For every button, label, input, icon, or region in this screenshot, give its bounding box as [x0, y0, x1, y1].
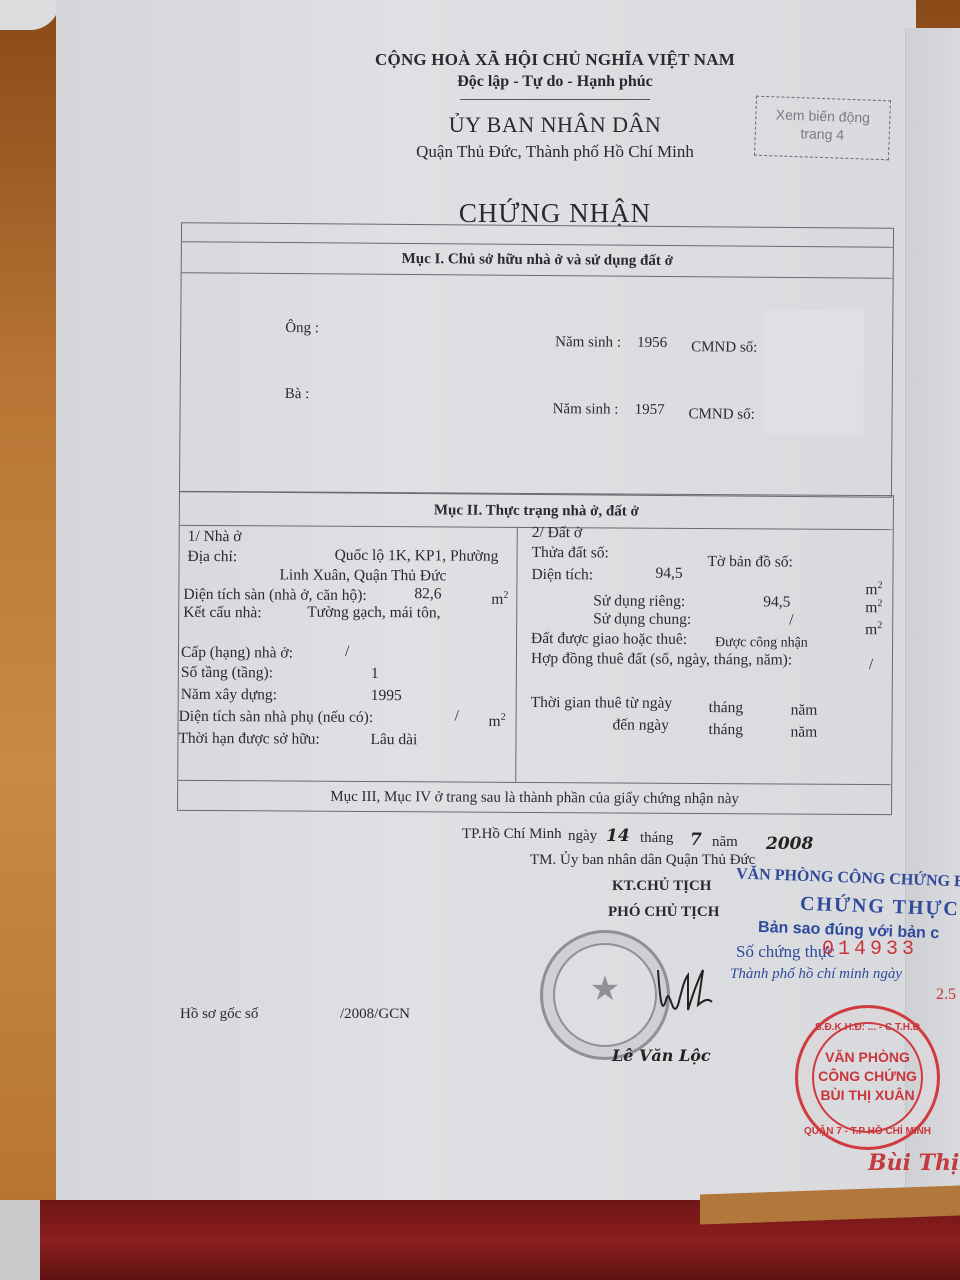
on-behalf: TM. Ủy ban nhân dân Quận Thủ Đức [530, 852, 755, 869]
background-object [0, 0, 60, 30]
role-vice-chair: PHÓ CHỦ TỊCH [608, 904, 719, 921]
structure-value: Tường gạch, mái tôn, [307, 604, 440, 623]
floors-value: 1 [371, 665, 379, 683]
day-label: ngày [568, 828, 597, 845]
notary-signer: Bùi Thị [868, 1150, 959, 1176]
land-area-label: Diện tích: [531, 566, 593, 584]
section-property: Mục II. Thực trạng nhà ở, đất ở 1/ Nhà ở… [177, 491, 894, 815]
notary-number-value: 014933 [822, 938, 918, 961]
ownership-term-value: Lâu dài [370, 731, 417, 749]
authority-heading: ỦY BAN NHÂN DÂN [340, 112, 770, 138]
owner-male-birth-label: Năm sinh : [555, 334, 621, 352]
lease-from-year-label: năm [791, 702, 818, 720]
month-value: 7 [690, 830, 702, 850]
notary-seal: S.Đ.K.H.Đ: ... - C.T.H.Đ VĂN PHÒNG CÔNG … [795, 1005, 940, 1150]
role-deputy-of: KT.CHỦ TỊCH [612, 878, 711, 895]
change-log-stamp: Xem biến động trang 4 [754, 96, 891, 161]
address-line-2: Linh Xuân, Quận Thủ Đức [279, 566, 446, 585]
lease-to-month-label: tháng [708, 721, 743, 739]
district-heading: Quận Thủ Đức, Thành phố Hồ Chí Minh [340, 142, 770, 162]
year-built-value: 1995 [371, 687, 402, 705]
redacted-id-area [763, 310, 864, 436]
shared-use-unit: m2 [865, 620, 882, 639]
owner-male-id-label: CMND số: [691, 339, 757, 357]
sign-place: TP.Hồ Chí Minh [462, 826, 562, 843]
owner-female-id-label: CMND số: [689, 406, 755, 424]
address-label: Địa chỉ: [188, 548, 238, 566]
owner-female-birth-year: 1957 [635, 402, 665, 419]
aux-area-value: / [455, 708, 459, 726]
house-title: 1/ Nhà ở [188, 528, 242, 546]
owner-female-label: Bà : [285, 386, 310, 403]
lease-to-year-label: năm [790, 724, 817, 742]
table-surface [0, 1200, 960, 1280]
lease-contract-label: Hợp đồng thuê đất (số, ngày, tháng, năm)… [531, 650, 792, 670]
owner-male-birth-year: 1956 [637, 335, 667, 352]
map-sheet-label: Tờ bản đồ số: [708, 553, 793, 572]
notary-date-label: Thành phố hồ chí minh ngày [730, 966, 902, 983]
private-use-label: Sử dụng riêng: [593, 592, 685, 611]
allocation-label: Đất được giao hoặc thuê: [531, 630, 687, 649]
signer-name: Lê Văn Lộc [612, 1046, 711, 1065]
lease-contract-value: / [869, 656, 873, 674]
motto-underline [460, 99, 650, 100]
file-ref-label: Hồ sơ gốc số [180, 1006, 258, 1023]
year-value: 2008 [766, 834, 813, 854]
month-label: tháng [640, 830, 673, 847]
year-label: năm [712, 834, 738, 851]
seal-center-text: VĂN PHÒNG CÔNG CHỨNG BÙI THỊ XUÂN [798, 1048, 937, 1105]
lease-from-label: Thời gian thuê từ ngày [531, 694, 673, 713]
land-area-unit: m2 [865, 580, 882, 599]
section-owners: Mục I. Chủ sở hữu nhà ở và sử dụng đất ở… [179, 222, 894, 498]
seal-ring-top: S.Đ.K.H.Đ: ... - C.T.H.Đ [798, 1022, 937, 1033]
motto: Độc lập - Tự do - Hạnh phúc [340, 73, 770, 91]
ownership-term-label: Thời hạn được sở hữu: [178, 730, 319, 749]
file-ref-value: /2008/GCN [340, 1006, 410, 1023]
grade-label: Cấp (hạng) nhà ở: [181, 644, 293, 663]
signature-icon [648, 960, 718, 1030]
shared-use-value: / [789, 612, 793, 630]
year-built-label: Năm xây dựng: [181, 686, 277, 705]
land-title: 2/ Đất ở [532, 524, 582, 542]
private-use-unit: m2 [865, 598, 882, 617]
floors-label: Số tầng (tầng): [181, 664, 273, 683]
column-divider [515, 528, 518, 782]
structure-label: Kết cấu nhà: [183, 604, 261, 622]
allocation-value: Được công nhận [715, 635, 808, 652]
plot-number-label: Thửa đất số: [532, 544, 609, 562]
grade-value: / [345, 643, 349, 661]
private-use-value: 94,5 [763, 593, 790, 611]
owner-female-birth-label: Năm sinh : [553, 401, 619, 419]
floor-area-unit: m2 [491, 590, 508, 609]
shared-use-label: Sử dụng chung: [593, 610, 691, 629]
land-area-value: 94,5 [655, 565, 682, 583]
aux-area-unit: m2 [489, 712, 506, 731]
floor-area-value: 82,6 [414, 585, 441, 603]
aux-area-label: Diện tích sàn nhà phụ (nếu có): [179, 708, 374, 727]
notary-number-label: Số chứng thực [736, 942, 835, 962]
footer-note: Mục III, Mục IV ở trang sau là thành phầ… [178, 780, 891, 814]
day-value: 14 [606, 826, 630, 846]
lease-from-month-label: tháng [709, 699, 744, 717]
notary-date-value: 2.5 [936, 986, 956, 1004]
seal-ring-bottom: QUẬN 7 - T.P HỒ CHÍ MINH [798, 1126, 937, 1137]
floor-area-label: Diện tích sàn (nhà ở, căn hộ): [183, 586, 366, 605]
address-line-1: Quốc lộ 1K, KP1, Phường [335, 547, 499, 566]
lease-to-label: đến ngày [613, 716, 669, 734]
owner-male-label: Ông : [285, 320, 319, 337]
country-heading: CỘNG HOÀ XÃ HỘI CHỦ NGHĨA VIỆT NAM [340, 50, 770, 70]
section-owners-heading: Mục I. Chủ sở hữu nhà ở và sử dụng đất ở [182, 241, 893, 279]
